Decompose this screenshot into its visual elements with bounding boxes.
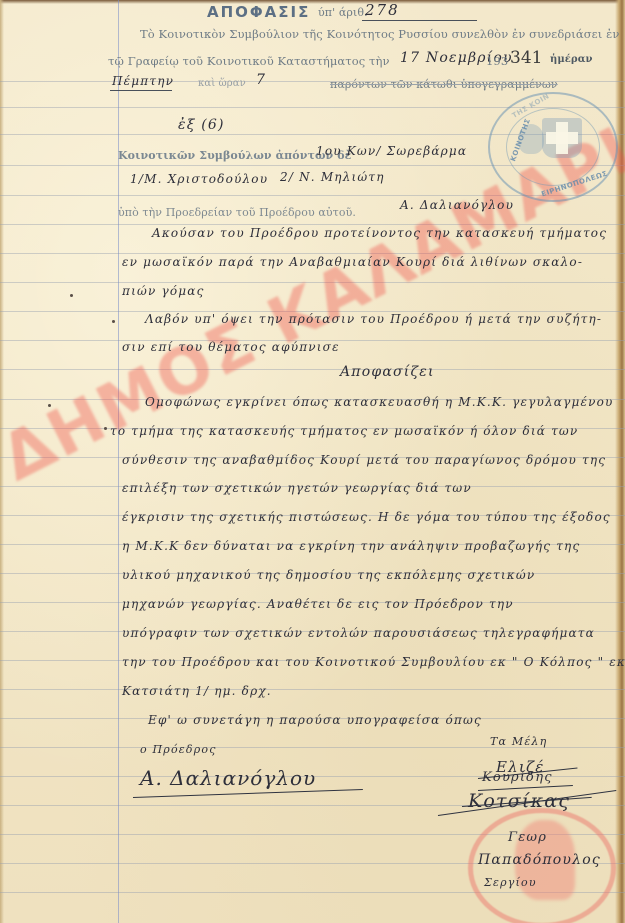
member-signature-2: Κουρίδης: [482, 770, 553, 785]
decision-number: 278: [365, 1, 400, 19]
header-line-1: Τὸ Κοινοτικὸν Συμβούλιον τῆς Κοινότητος …: [140, 27, 619, 41]
decision-line-6: η Μ.Κ.Κ δεν δύναται να εγκρίνη την ανάλη…: [122, 539, 580, 553]
closing-line: Εφ' ω συνετάγη η παρούσα υπογραφείσα όπω…: [148, 713, 482, 727]
page-left-edge: [0, 0, 4, 923]
decision-line-3: σύνθεσιν της αναβαθμίδος Κουρί μετά του …: [122, 453, 606, 467]
absent-councillor-3: 2/ Ν. Μηλιώτη: [280, 170, 385, 184]
decision-line-4: επιλέξη των σχετικών ηγετών γεωργίας διά…: [122, 481, 472, 495]
decision-line-11: Κατσιάτη 1/ ημ. δρχ.: [122, 684, 272, 698]
decision-heading: Αποφασίζει: [340, 364, 435, 380]
weekday: Πέμπτην: [112, 74, 174, 88]
absent-councillor-4: Α. Δαλιανόγλου: [400, 198, 514, 212]
document-title: ΑΠΟΦΑΣΙΣ: [207, 3, 310, 21]
absent-councillor-1: 1ου Κων/ Σωρεβάρμα: [316, 144, 467, 158]
body-line-1: Ακούσαν του Προέδρου προτείνοντος την κα…: [152, 226, 607, 240]
president-signature-flourish: [133, 789, 363, 798]
present-count: ἐξ (6): [178, 117, 225, 133]
header-line-3: παρόντων τῶν κάτωθι ὑπογεγραμμένων: [330, 78, 558, 91]
header-line-2: τῷ Γραφείῳ τοῦ Κοινοτικοῦ Καταστήματος τ…: [108, 54, 390, 68]
margin-ink-dot: [48, 404, 51, 407]
members-label: Τα Μέλη: [490, 735, 547, 748]
decision-line-5: έγκρισιν της σχετικής πιστώσεως. Η δε γό…: [122, 510, 611, 524]
body-line-2: εν μωσαϊκόν παρά την Αναβαθμιαίαν Κουρί …: [122, 255, 583, 269]
margin-line: [118, 0, 119, 923]
number-label: ύπ' άριθ.: [318, 6, 368, 19]
member-signature-4: Γεωρ: [508, 830, 547, 845]
president-signature: Α. Δαλιανόγλου: [140, 766, 316, 790]
margin-ink-dot: [104, 427, 107, 430]
member-signature-6: Σεργίου: [484, 876, 537, 889]
day-label: ἡμέραν: [550, 54, 593, 65]
decision-line-10: την του Προέδρου και του Κοινοτικού Συμβ…: [122, 655, 625, 669]
absent-councillor-2: 1/Μ. Χριστοδούλου: [130, 172, 268, 186]
president-label: ο Πρόεδρος: [140, 743, 217, 756]
weekday-underline: [110, 90, 172, 91]
page-top-edge: [0, 0, 625, 4]
decision-line-2: το τμήμα της κατασκευής τμήματος εν μωσα…: [110, 424, 578, 438]
decision-line-1: Ομοφώνως εγκρίνει όπως κατασκευασθή η Μ.…: [145, 395, 614, 409]
body-line-5: σιν επί του θέματος αφύπνισε: [122, 340, 340, 354]
document-page: ΔΗΜΟΣ ΚΑΛΑΜΑΡΙΑΣ ΑΠΟΦΑΣΙΣ ύπ' άριθ. 278 …: [0, 0, 625, 923]
body-line-4: Λαβόν υπ' όψει την πρότασιν του Προέδρου…: [145, 312, 602, 326]
decision-line-8: μηχανών γεωργίας. Αναθέτει δε εις τον Πρ…: [122, 597, 514, 611]
member-signature-5: Παπαδόπουλος: [478, 852, 601, 868]
presidency-line: ὑπὸ τὴν Προεδρείαν τοῦ Προέδρου αὐτοῦ.: [118, 206, 356, 219]
number-underline: [362, 20, 477, 21]
body-line-3: πιών γόμας: [122, 284, 205, 298]
decision-line-9: υπόγραφιν των σχετικών εντολών παρουσιάσ…: [122, 626, 595, 640]
meeting-hour: 7: [256, 72, 266, 88]
decision-line-7: υλικού μηχανικού της δημοσίου της εκπόλε…: [122, 568, 535, 582]
margin-ink-dot: [70, 294, 73, 297]
margin-ink-dot: [112, 320, 115, 323]
year-prefix: 193: [486, 54, 508, 68]
community-seal: ΚΟΙΝΟΤΗΣ ΕΙΡΗΝΟΠΟΛΕΩΣ ΤΗΣ ΚΟΙΝ: [488, 92, 618, 202]
year-stamp: 341: [510, 48, 542, 68]
hour-label: καὶ ὥραν: [198, 78, 246, 89]
